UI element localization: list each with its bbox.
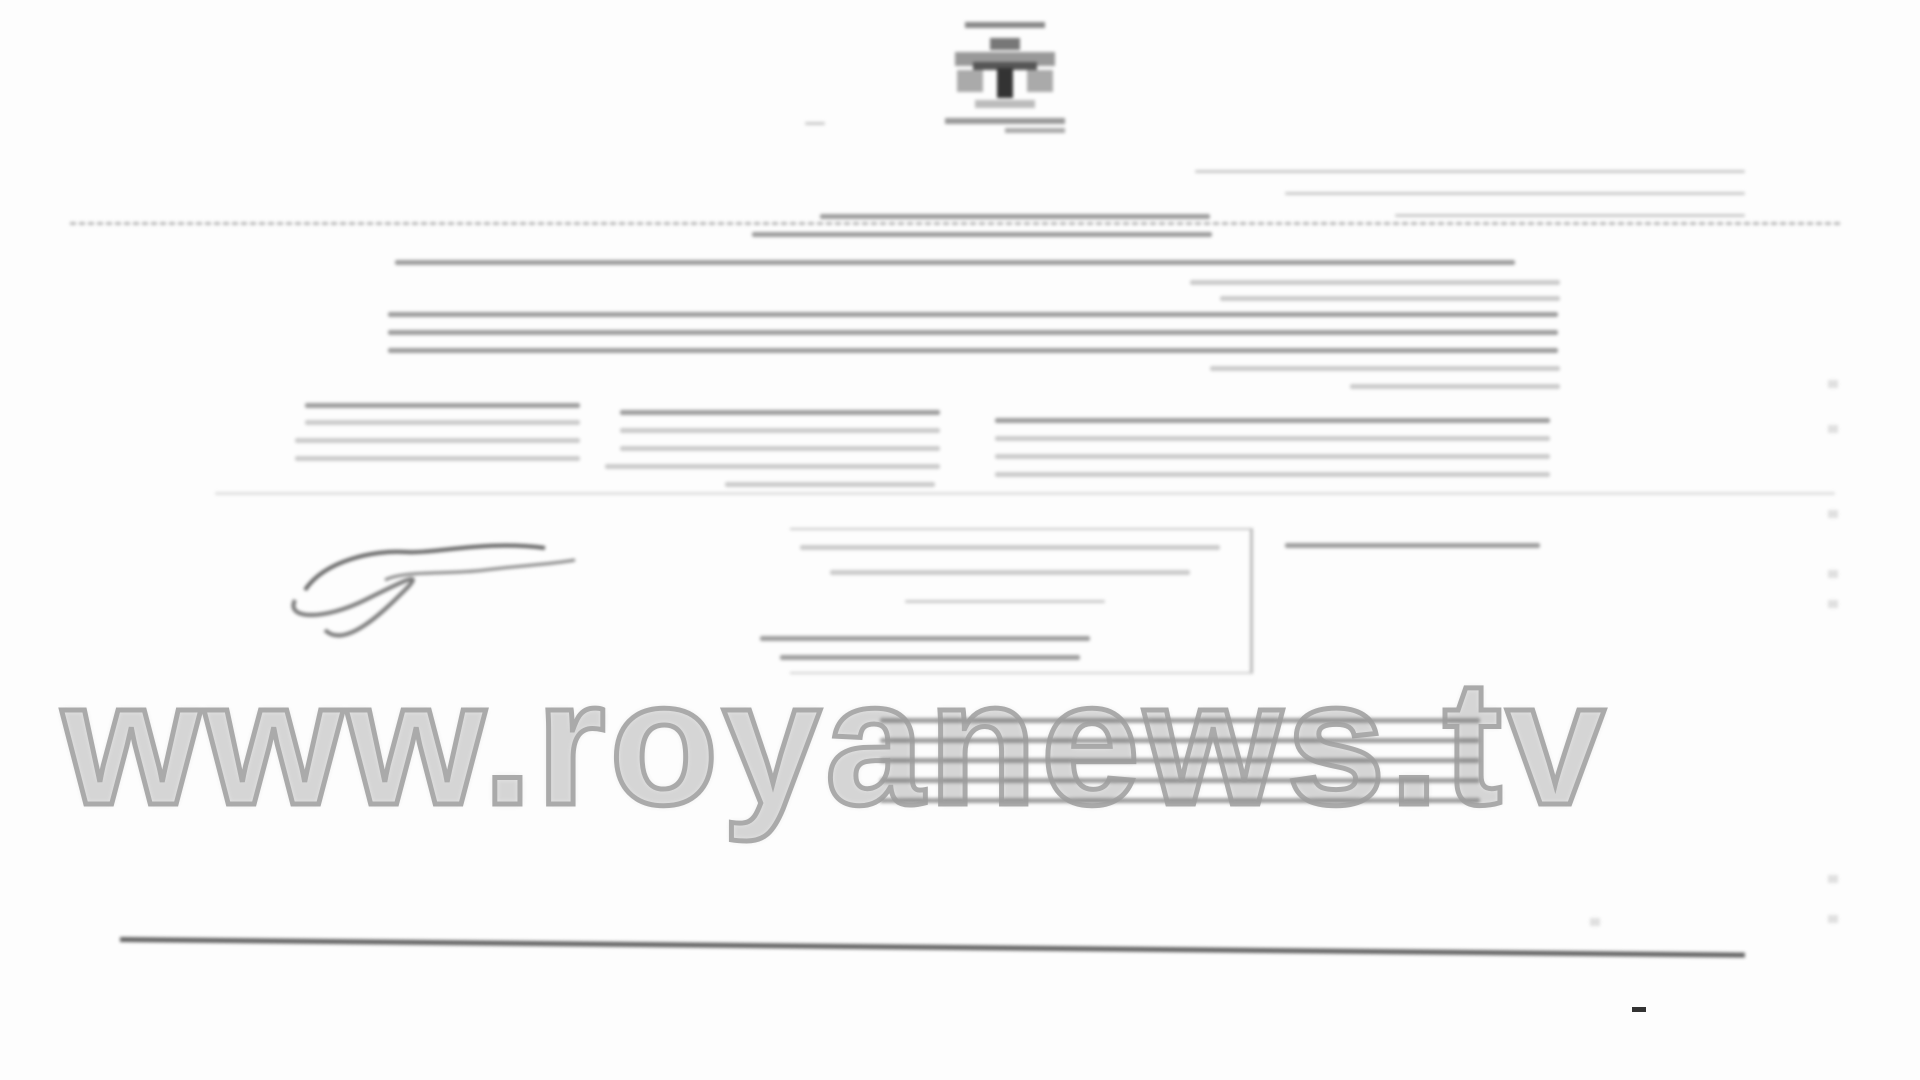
list-col2-line bbox=[620, 446, 940, 451]
subject-line bbox=[1220, 296, 1560, 301]
subject-line bbox=[1190, 280, 1560, 285]
body-text-line bbox=[388, 348, 1558, 353]
list-col3-line bbox=[305, 420, 580, 425]
margin-mark bbox=[1828, 915, 1838, 923]
scanned-letter-page: www.royanews.tv bbox=[0, 0, 1920, 1080]
reference-line bbox=[1195, 170, 1745, 173]
watermark: www.royanews.tv bbox=[62, 640, 1920, 845]
margin-mark bbox=[1590, 918, 1600, 926]
body-text-line bbox=[388, 330, 1558, 335]
list-col1-line bbox=[995, 436, 1550, 441]
margin-mark bbox=[1828, 600, 1838, 608]
stamp-text-line bbox=[905, 600, 1105, 603]
addressee-line bbox=[752, 232, 1212, 237]
list-col1-line bbox=[995, 454, 1550, 459]
list-col1-line bbox=[995, 418, 1550, 423]
signature bbox=[285, 530, 615, 640]
margin-mark bbox=[1828, 570, 1838, 578]
list-col2-line bbox=[725, 482, 935, 487]
list-col2-line bbox=[620, 410, 940, 415]
date-line bbox=[1285, 192, 1745, 195]
body-text-line bbox=[1210, 366, 1560, 371]
list-col2-line bbox=[620, 428, 940, 433]
body-text-line bbox=[1350, 384, 1560, 389]
stamp-text-line bbox=[800, 545, 1220, 550]
list-col2-line bbox=[605, 464, 940, 469]
list-col3-line bbox=[295, 438, 580, 443]
stamp-text-line bbox=[830, 570, 1190, 575]
list-col1-line bbox=[995, 472, 1550, 477]
subject-line bbox=[395, 260, 1515, 265]
addressee-line bbox=[820, 214, 1210, 219]
header-divider bbox=[70, 222, 1840, 225]
margin-mark bbox=[1828, 875, 1838, 883]
footer-rule bbox=[120, 937, 1745, 958]
coat-of-arms-icon bbox=[945, 14, 1065, 134]
margin-mark bbox=[1828, 510, 1838, 518]
list-col3-line bbox=[295, 456, 580, 461]
attachment-line bbox=[1395, 214, 1745, 217]
body-text-line bbox=[388, 312, 1558, 317]
footer-mark bbox=[1632, 1007, 1646, 1012]
margin-mark bbox=[1828, 380, 1838, 388]
section-divider bbox=[215, 492, 1835, 495]
emblem-caption bbox=[805, 122, 825, 125]
closing-line bbox=[1285, 543, 1540, 548]
list-col3-line bbox=[305, 403, 580, 408]
margin-mark bbox=[1828, 425, 1838, 433]
